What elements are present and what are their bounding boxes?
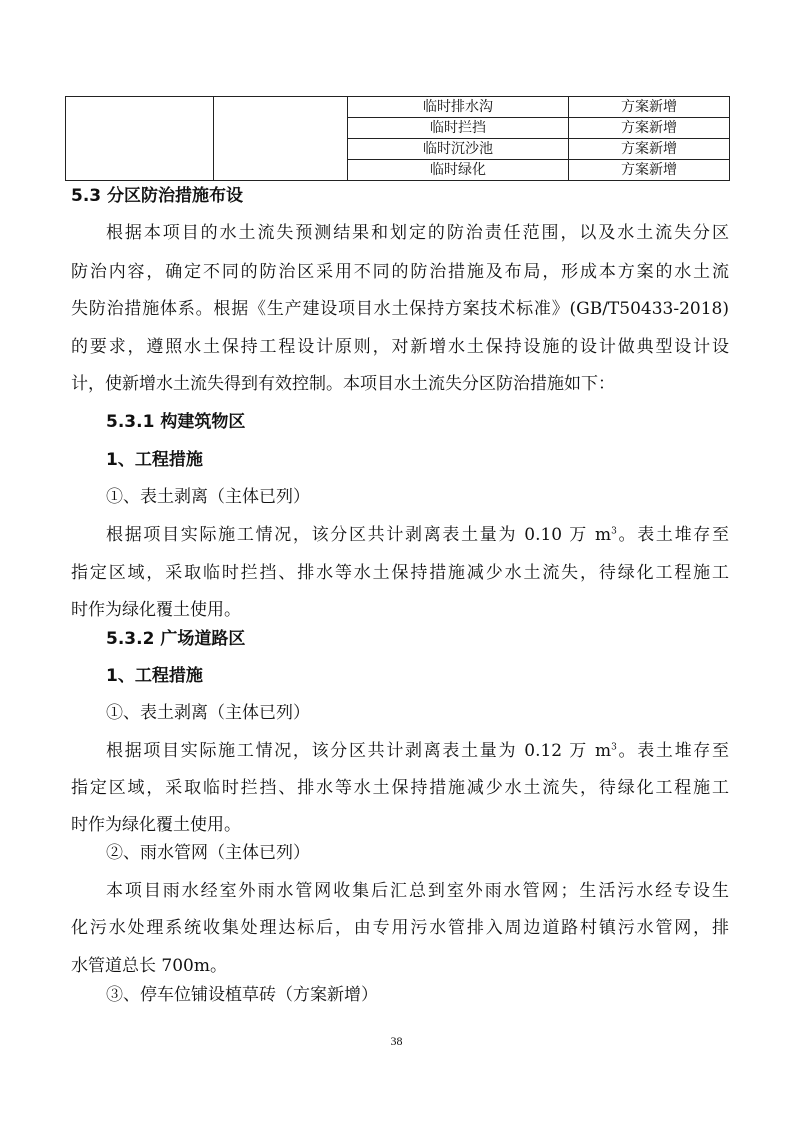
subsection-heading-5-3-1: 5.3.1 构建筑物区 xyxy=(106,411,764,433)
measures-table: 临时排水沟 方案新增 临时拦挡 方案新增 临时沉沙池 方案新增 临时绿化 方案新… xyxy=(65,96,730,181)
paragraph-line: 化污水处理系统收集处理达标后，由专用污水管排入周边道路村镇污水管网，排 xyxy=(71,917,729,939)
table-cell-measure: 临时沉沙池 xyxy=(348,139,569,160)
paragraph-line: 指定区域，采取临时拦挡、排水等水土保持措施减少水土流失，待绿化工程施工 xyxy=(71,562,729,584)
document-page: 临时排水沟 方案新增 临时拦挡 方案新增 临时沉沙池 方案新增 临时绿化 方案新… xyxy=(0,0,793,1122)
table-cell-status: 方案新增 xyxy=(569,139,730,160)
table-cell-status: 方案新增 xyxy=(569,97,730,118)
page-number: 38 xyxy=(0,1034,793,1049)
item-title: ①、表土剥离（主体已列） xyxy=(106,702,764,724)
paragraph-line: 指定区域，采取临时拦挡、排水等水土保持措施减少水土流失，待绿化工程施工 xyxy=(71,777,729,799)
table-cell-type xyxy=(214,97,348,181)
measure-category-heading: 1、工程措施 xyxy=(106,665,764,687)
paragraph-line: 时作为绿化覆土使用。 xyxy=(71,814,729,836)
subsection-heading-5-3-2: 5.3.2 广场道路区 xyxy=(106,628,764,650)
item-title: ②、雨水管网（主体已列） xyxy=(106,842,764,864)
table-cell-measure: 临时绿化 xyxy=(348,160,569,181)
paragraph-line: 防治内容，确定不同的防治区采用不同的防治措施及布局，形成本方案的水土流 xyxy=(71,261,729,283)
text-span: 。表土堆存至 xyxy=(617,741,729,761)
paragraph-line: 根据项目实际施工情况，该分区共计剥离表土量为 0.10 万 m3。表土堆存至 xyxy=(106,524,729,546)
table-cell-measure: 临时排水沟 xyxy=(348,97,569,118)
text-span: 根据项目实际施工情况，该分区共计剥离表土量为 0.10 万 m xyxy=(106,525,611,545)
paragraph-line: 时作为绿化覆土使用。 xyxy=(71,599,729,621)
text-span: 根据项目实际施工情况，该分区共计剥离表土量为 0.12 万 m xyxy=(106,741,611,761)
paragraph-line: 的要求，遵照水土保持工程设计原则，对新增水土保持设施的设计做典型设计设 xyxy=(71,336,729,358)
table-cell-status: 方案新增 xyxy=(569,118,730,139)
section-heading-5-3: 5.3 分区防治措施布设 xyxy=(71,185,729,207)
table-cell-status: 方案新增 xyxy=(569,160,730,181)
table-cell-measure: 临时拦挡 xyxy=(348,118,569,139)
measure-category-heading: 1、工程措施 xyxy=(106,449,764,471)
table-row: 临时排水沟 方案新增 xyxy=(66,97,730,118)
item-title: ①、表土剥离（主体已列） xyxy=(106,486,764,508)
paragraph-line: 本项目雨水经室外雨水管网收集后汇总到室外雨水管网；生活污水经专设生 xyxy=(106,880,729,902)
paragraph-line: 根据项目实际施工情况，该分区共计剥离表土量为 0.12 万 m3。表土堆存至 xyxy=(106,740,729,762)
table-cell-zone xyxy=(66,97,214,181)
paragraph-line: 失防治措施体系。根据《生产建设项目水土保持方案技术标准》(GB/T50433-2… xyxy=(71,298,729,320)
paragraph-line: 根据本项目的水土流失预测结果和划定的防治责任范围，以及水土流失分区 xyxy=(106,222,729,244)
item-title: ③、停车位铺设植草砖（方案新增） xyxy=(106,984,764,1006)
paragraph-line: 水管道总长 700m。 xyxy=(71,955,729,977)
paragraph-line: 计，使新增水土流失得到有效控制。本项目水土流失分区防治措施如下： xyxy=(71,373,729,395)
text-span: 。表土堆存至 xyxy=(617,525,729,545)
